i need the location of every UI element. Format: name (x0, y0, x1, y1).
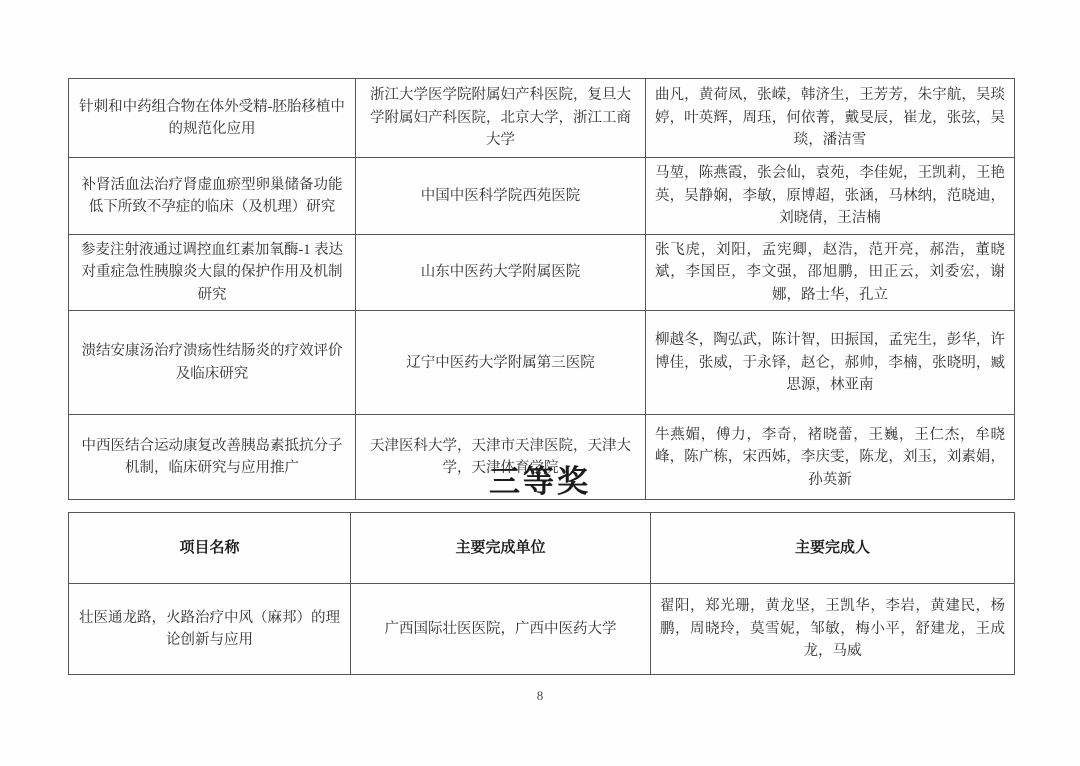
project-cell: 壮医通龙路，火路治疗中风（麻邦）的理论创新与应用 (69, 584, 351, 675)
third-prize-table: 项目名称 主要完成单位 主要完成人 壮医通龙路，火路治疗中风（麻邦）的理论创新与… (68, 512, 1015, 675)
people-cell: 柳越冬，陶弘武，陈计智，田振国，孟宪生，彭华，许博佳，张威，于永铎，赵仑，郝帅，… (646, 311, 1015, 415)
units-cell: 中国中医科学院西苑医院 (356, 158, 646, 235)
units-cell: 浙江大学医学院附属妇产科医院，复旦大学附属妇产科医院，北京大学，浙江工商大学 (356, 79, 646, 158)
table-row: 针刺和中药组合物在体外受精-胚胎移植中的规范化应用 浙江大学医学院附属妇产科医院… (69, 79, 1015, 158)
people-cell: 马堃，陈燕霞，张会仙，袁苑，李佳妮，王凯莉，王艳英，吴静娴，李敏，原博超，张涵，… (646, 158, 1015, 235)
people-cell: 翟阳，郑光珊，黄龙坚，王凯华，李岩，黄建民，杨鹏，周晓玲，莫雪妮，邹敏，梅小平，… (651, 584, 1015, 675)
units-cell: 山东中医药大学附属医院 (356, 235, 646, 311)
document-page: 针刺和中药组合物在体外受精-胚胎移植中的规范化应用 浙江大学医学院附属妇产科医院… (0, 0, 1080, 766)
people-cell: 曲凡，黄荷凤，张嵘，韩济生，王芳芳，朱宇航，吴琰婷，叶英辉，周珏，何依菁，戴旻辰… (646, 79, 1015, 158)
main-people-header: 主要完成人 (651, 513, 1015, 584)
table-row: 壮医通龙路，火路治疗中风（麻邦）的理论创新与应用 广西国际壮医医院，广西中医药大… (69, 584, 1015, 675)
project-cell: 溃结安康汤治疗溃疡性结肠炎的疗效评价及临床研究 (69, 311, 356, 415)
project-cell: 参麦注射液通过调控血红素加氧酶-1 表达对重症急性胰腺炎大鼠的保护作用及机制研究 (69, 235, 356, 311)
section-heading: 三等奖 (0, 456, 1080, 504)
awards-table-continued: 针刺和中药组合物在体外受精-胚胎移植中的规范化应用 浙江大学医学院附属妇产科医院… (68, 78, 1015, 500)
project-name-header: 项目名称 (69, 513, 351, 584)
table-header-row: 项目名称 主要完成单位 主要完成人 (69, 513, 1015, 584)
project-cell: 针刺和中药组合物在体外受精-胚胎移植中的规范化应用 (69, 79, 356, 158)
table-row: 溃结安康汤治疗溃疡性结肠炎的疗效评价及临床研究 辽宁中医药大学附属第三医院 柳越… (69, 311, 1015, 415)
page-number: 8 (0, 688, 1080, 704)
project-cell: 补肾活血法治疗肾虚血瘀型卵巢储备功能低下所致不孕症的临床（及机理）研究 (69, 158, 356, 235)
table-row: 参麦注射液通过调控血红素加氧酶-1 表达对重症急性胰腺炎大鼠的保护作用及机制研究… (69, 235, 1015, 311)
main-units-header: 主要完成单位 (351, 513, 651, 584)
units-cell: 广西国际壮医医院，广西中医药大学 (351, 584, 651, 675)
table-row: 补肾活血法治疗肾虚血瘀型卵巢储备功能低下所致不孕症的临床（及机理）研究 中国中医… (69, 158, 1015, 235)
units-cell: 辽宁中医药大学附属第三医院 (356, 311, 646, 415)
people-cell: 张飞虎，刘阳，孟宪卿，赵浩，范开亮，郝浩，董晓斌，李国臣，李文强，邵旭鹏，田正云… (646, 235, 1015, 311)
